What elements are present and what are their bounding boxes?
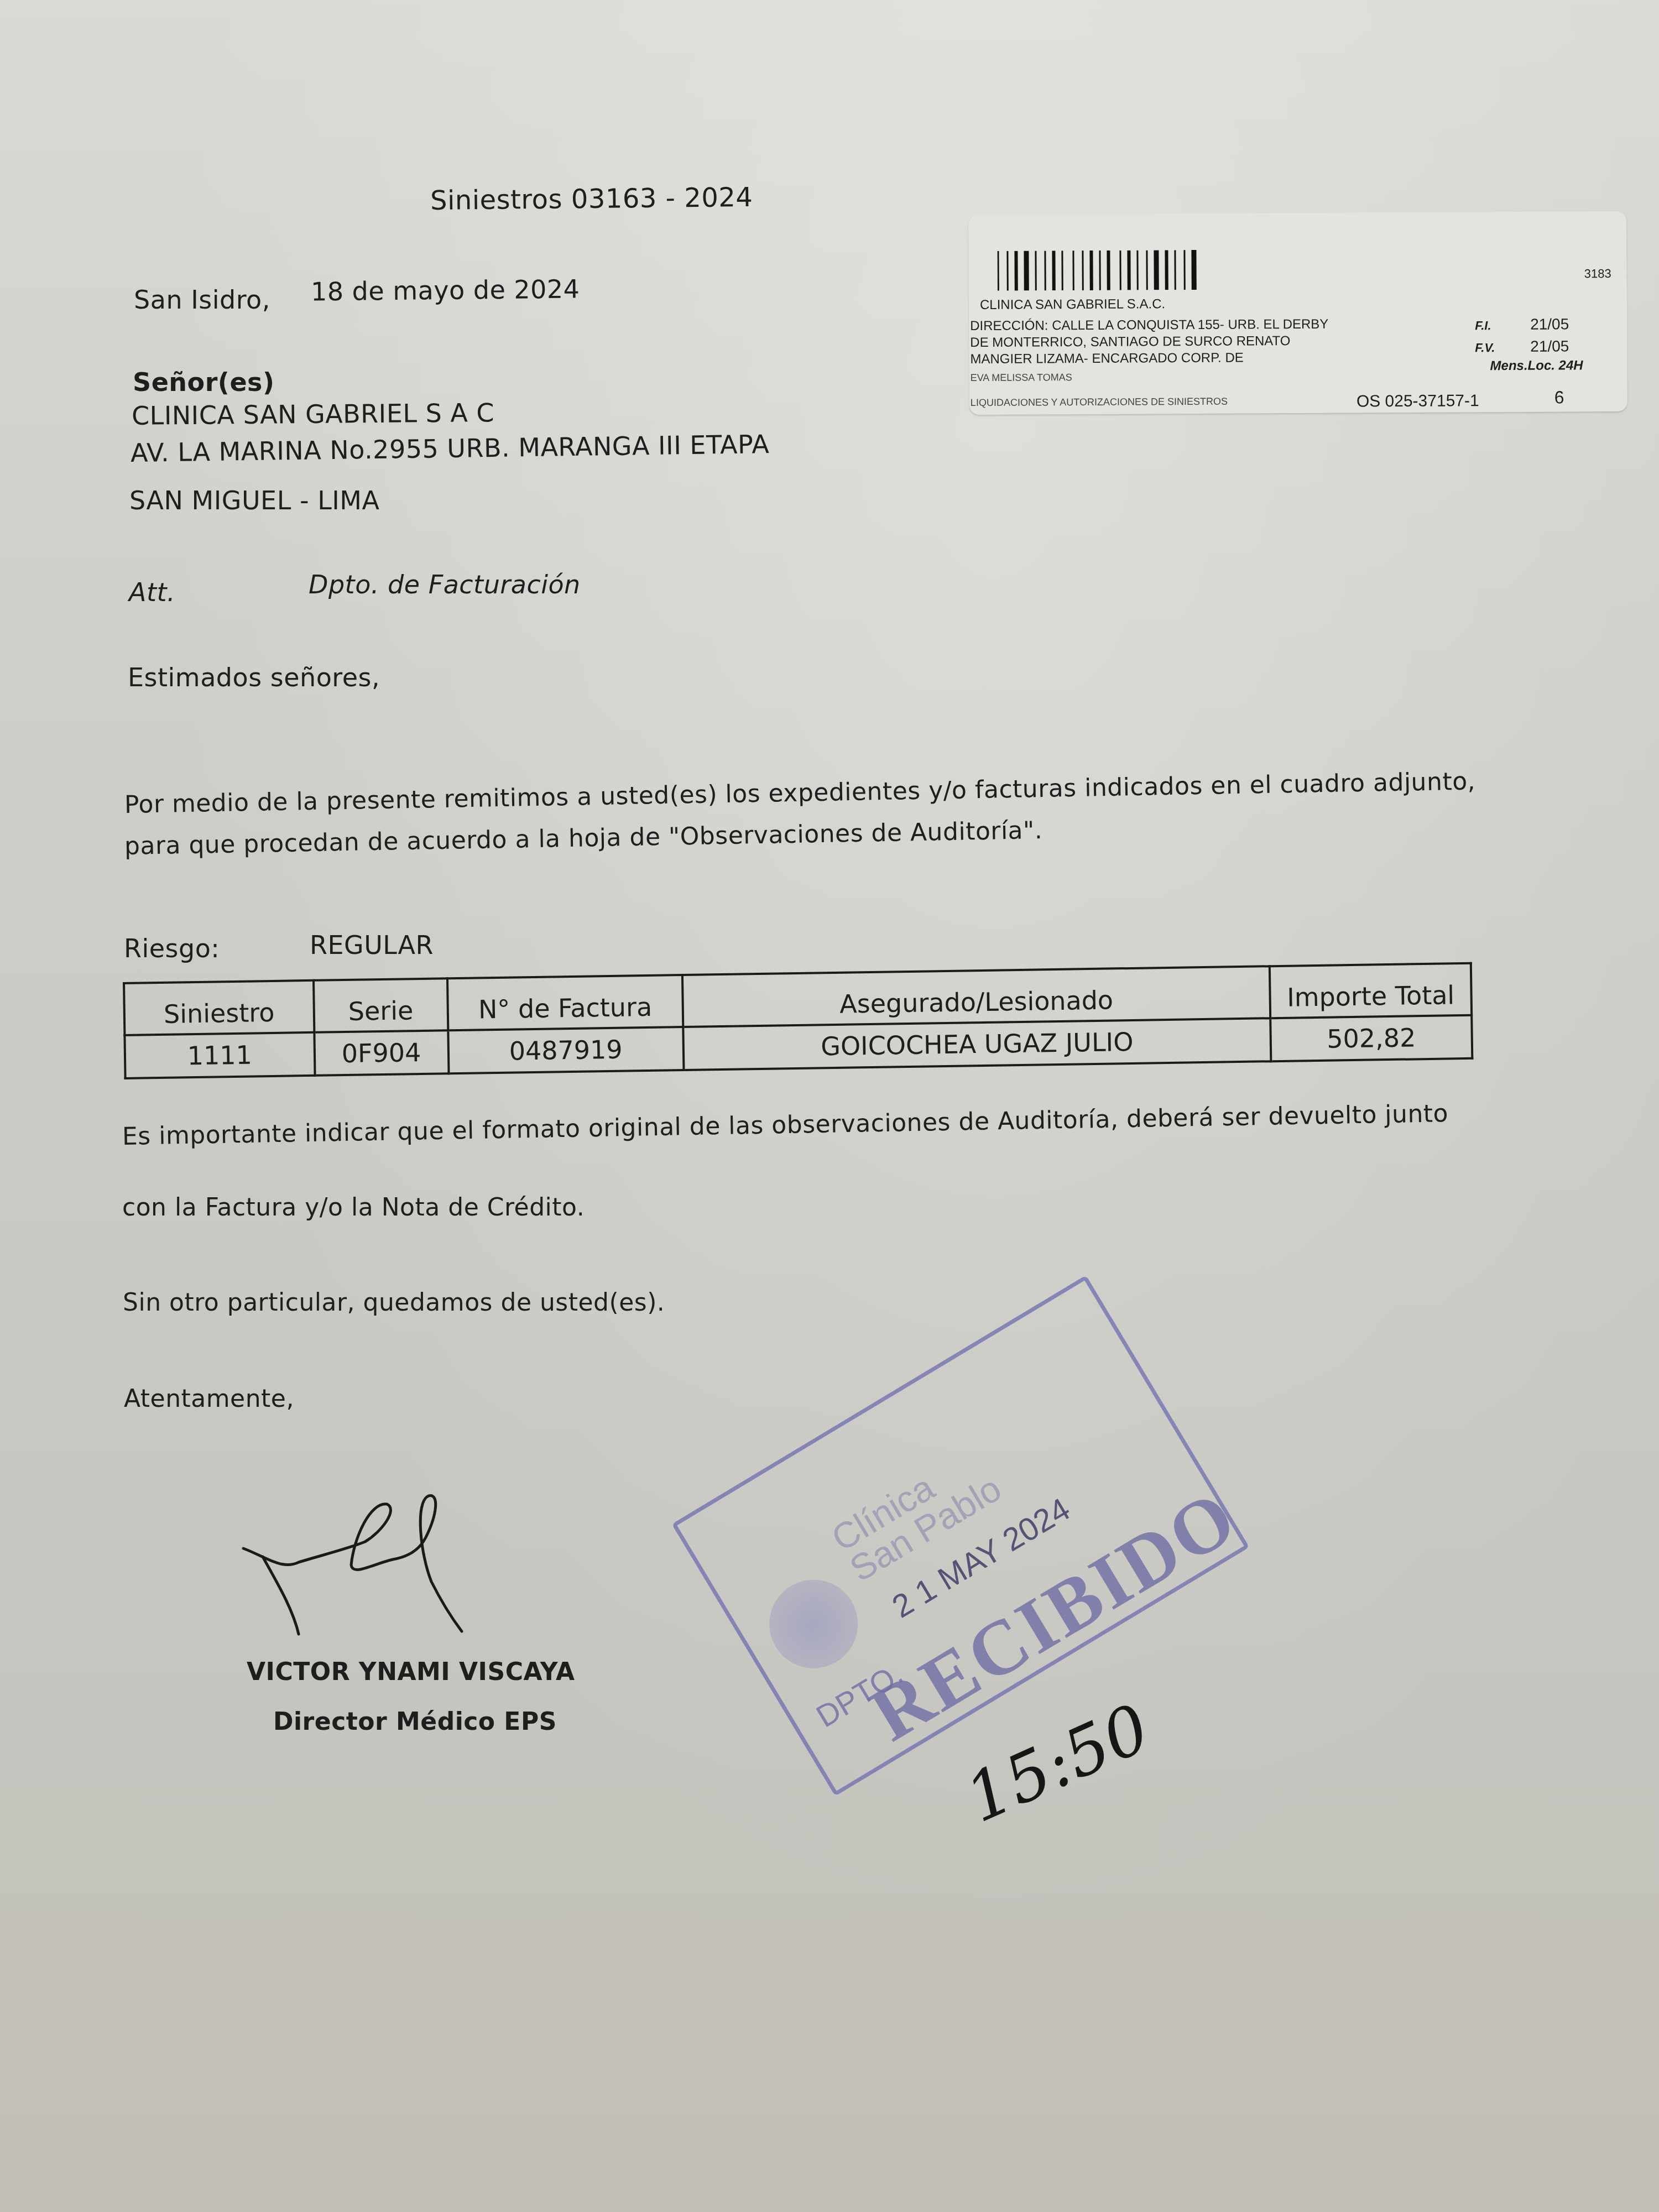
cell-serie: 0F904: [314, 1030, 448, 1076]
label-department: LIQUIDACIONES Y AUTORIZACIONES DE SINIES…: [971, 396, 1228, 409]
label-number: 3183: [1584, 267, 1611, 281]
label-copy-number: 6: [1554, 387, 1564, 408]
document-title: Siniestros 03163 - 2024: [430, 182, 753, 216]
label-address-line: DE MONTERRICO, SANTIAGO DE SURCO RENATO: [970, 333, 1290, 351]
attention-value: Dpto. de Facturación: [309, 570, 581, 599]
signer-title: Director Médico EPS: [273, 1708, 557, 1736]
cell-invoice-number: 0487919: [448, 1027, 684, 1073]
label-contact-person: EVA MELISSA TOMAS: [971, 372, 1072, 384]
recipient-address: AV. LA MARINA No.2955 URB. MARANGA III E…: [131, 429, 770, 468]
label-fi-key: F.I.: [1475, 319, 1491, 333]
label-fv-value: 21/05: [1530, 337, 1569, 355]
handwritten-signature: [232, 1488, 520, 1653]
header-insured: Asegurado/Lesionado: [682, 966, 1270, 1027]
body-paragraph-1-line-1: Por medio de la presente remitimos a ust…: [124, 767, 1476, 819]
greeting: Estimados señores,: [128, 662, 380, 692]
signer-name: VICTOR YNAMI VISCAYA: [247, 1658, 575, 1686]
attention-label: Att.: [129, 577, 175, 607]
header-invoice-number: N° de Factura: [447, 975, 684, 1030]
barcode-icon: [997, 249, 1332, 291]
body-paragraph-2-line-2: con la Factura y/o la Nota de Crédito.: [122, 1193, 585, 1222]
sign-off: Atentamente,: [124, 1385, 294, 1413]
header-siniestro: Siniestro: [124, 980, 314, 1035]
clinic-logo-icon: [753, 1563, 875, 1685]
received-stamp: Clínica San Pablo 2 1 MAY 2024 DPTO. REC…: [672, 1275, 1250, 1796]
closing-line: Sin otro particular, quedamos de usted(e…: [123, 1288, 665, 1317]
label-fi-value: 21/05: [1530, 315, 1569, 333]
cell-siniestro: 1111: [124, 1032, 315, 1078]
header-serie: Serie: [314, 978, 448, 1032]
risk-label: Riesgo:: [124, 933, 220, 963]
invoice-table: Siniestro Serie N° de Factura Asegurado/…: [123, 962, 1473, 1079]
place: San Isidro,: [134, 285, 270, 315]
body-paragraph-2-line-1: Es importante indicar que el formato ori…: [122, 1099, 1449, 1151]
label-address-line: DIRECCIÓN: CALLE LA CONQUISTA 155- URB. …: [970, 317, 1328, 334]
label-address-line: MANGIER LIZAMA- ENCARGADO CORP. DE: [970, 351, 1243, 368]
handwritten-time: 15:50: [955, 1690, 1161, 1838]
label-clinic: CLINICA SAN GABRIEL S.A.C.: [980, 296, 1165, 313]
recipient-city: SAN MIGUEL - LIMA: [129, 486, 380, 515]
header-total-amount: Importe Total: [1270, 963, 1472, 1018]
salutation-heading: Señor(es): [133, 367, 275, 397]
letter-date: 18 de mayo de 2024: [311, 274, 580, 306]
label-order-number: OS 025-37157-1: [1357, 392, 1479, 411]
risk-value: REGULAR: [310, 930, 434, 960]
label-fv-key: F.V.: [1475, 341, 1495, 355]
recipient-name: CLINICA SAN GABRIEL S A C: [132, 398, 495, 431]
routing-label-sticker: 3183 CLINICA SAN GABRIEL S.A.C. DIRECCIÓ…: [968, 211, 1627, 415]
cell-total-amount: 502,82: [1270, 1015, 1472, 1061]
label-service-type: Mens.Loc. 24H: [1490, 358, 1583, 374]
body-paragraph-1-line-2: para que procedan de acuerdo a la hoja d…: [124, 816, 1043, 860]
cell-insured: GOICOCHEA UGAZ JULIO: [683, 1018, 1271, 1070]
